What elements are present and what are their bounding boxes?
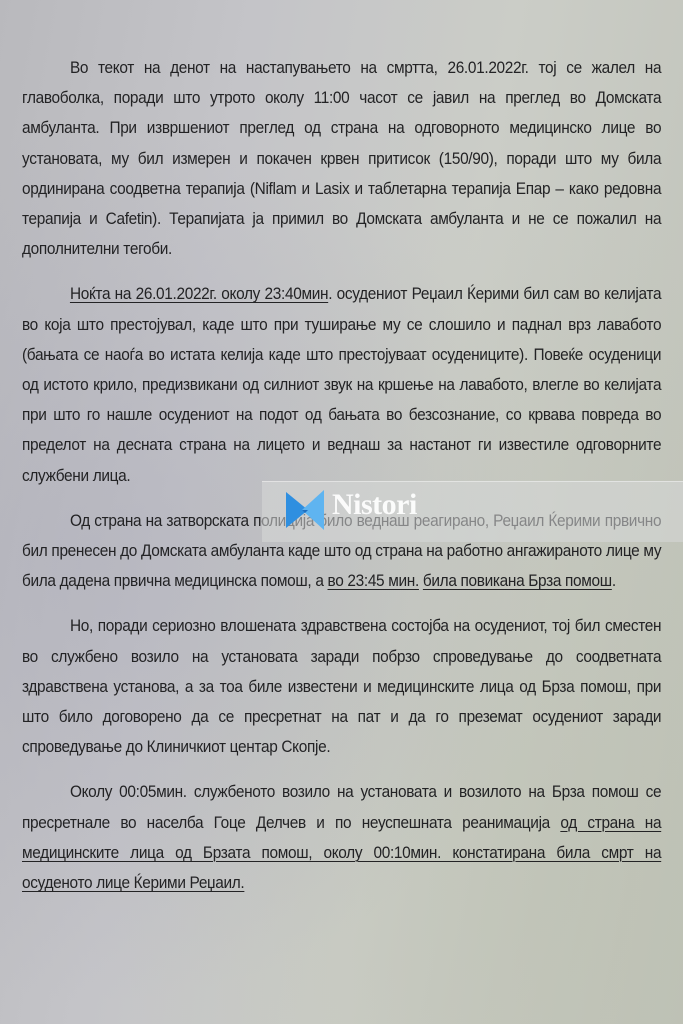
underlined-text: била повикана Брза помош xyxy=(423,572,612,590)
paragraph-text: . xyxy=(612,572,616,590)
watermark-banner: Nistori xyxy=(262,481,683,542)
underlined-text: во 23:45 мин. xyxy=(328,572,419,590)
paragraph-text: Но, поради сериозно влошената здравствен… xyxy=(22,617,661,756)
document-body: Во текот на денот на настапувањето на см… xyxy=(22,53,662,898)
document-photo: Во текот на денот на настапувањето на см… xyxy=(0,0,683,1024)
paragraph-transport: Но, поради сериозно влошената здравствен… xyxy=(22,611,661,762)
underlined-text: Ноќта на 26.01.2022г. околу 23:40мин xyxy=(70,285,328,303)
paragraph-text: . осудениот Реџаил Ќерими бил сам во кел… xyxy=(22,285,661,484)
watermark-text: Nistori xyxy=(332,488,417,522)
paragraph-headache-visit: Во текот на денот на настапувањето на см… xyxy=(22,53,661,264)
nistori-logo-icon xyxy=(284,488,326,532)
paragraph-death-confirmed: Околу 00:05мин. службеното возило на уст… xyxy=(22,777,661,898)
paragraph-night-incident: Ноќта на 26.01.2022г. околу 23:40мин. ос… xyxy=(22,279,661,490)
paragraph-text: Во текот на денот на настапувањето на см… xyxy=(22,59,661,258)
